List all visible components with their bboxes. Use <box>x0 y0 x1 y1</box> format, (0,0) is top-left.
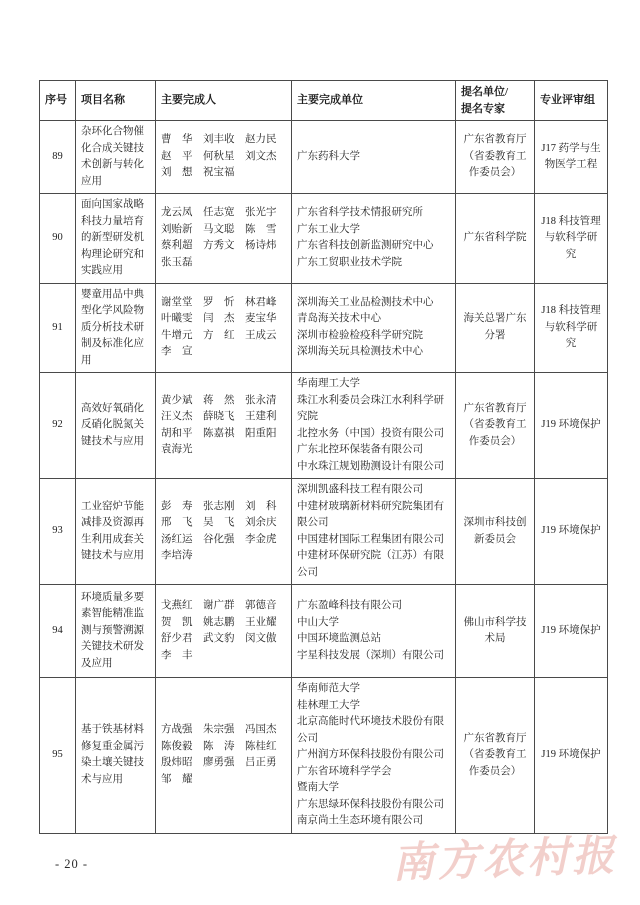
table-row: 89 杂环化合物催化合成关键技术创新与转化应用 曹 华 刘丰收 赵力民 赵 平 … <box>40 121 608 194</box>
cell-main-units: 广东省科学技术情报研究所 广东工业大学 广东省科技创新监测研究中心 广东工贸职业… <box>292 194 456 284</box>
cell-index: 92 <box>40 373 76 479</box>
awards-table: 序号 项目名称 主要完成人 主要完成单位 提名单位/ 提名专家 专业评审组 89… <box>39 80 608 834</box>
table-row: 95 基于铁基材料修复重金属污染土壤关键技术与应用 方战强 朱宗强 冯国杰 陈俊… <box>40 678 608 834</box>
cell-index: 89 <box>40 121 76 194</box>
cell-main-units: 深圳凯盛科技工程有限公司 中建材玻璃新材料研究院集团有限公司 中国建材国际工程集… <box>292 479 456 585</box>
col-header-index: 序号 <box>40 81 76 121</box>
table-row: 90 面向国家战略科技力量培育的新型研发机构理论研究和实践应用 龙云凤 任志宽 … <box>40 194 608 284</box>
cell-main-units: 广东药科大学 <box>292 121 456 194</box>
col-header-people: 主要完成人 <box>156 81 292 121</box>
cell-index: 90 <box>40 194 76 284</box>
cell-main-completers: 彭 寿 张志刚 刘 科 邢 飞 吴 飞 刘余庆 汤红运 谷化强 李金虎 李培涛 <box>156 479 292 585</box>
cell-nominator: 深圳市科技创新委员会 <box>456 479 535 585</box>
cell-project-name: 杂环化合物催化合成关键技术创新与转化应用 <box>76 121 156 194</box>
cell-review-group: J18 科技管理与软科学研究 <box>535 194 608 284</box>
cell-index: 95 <box>40 678 76 834</box>
cell-review-group: J19 环境保护 <box>535 479 608 585</box>
cell-main-units: 广东盈峰科技有限公司 中山大学 中国环境监测总站 宇星科技发展（深圳）有限公司 <box>292 585 456 678</box>
cell-main-completers: 龙云凤 任志宽 张光宇 刘贻新 马文聪 陈 雪 蔡利超 方秀文 杨诗炜 张玉磊 <box>156 194 292 284</box>
cell-nominator: 佛山市科学技术局 <box>456 585 535 678</box>
col-header-project: 项目名称 <box>76 81 156 121</box>
cell-project-name: 工业窑炉节能减排及资源再生利用成套关键技术与应用 <box>76 479 156 585</box>
cell-main-completers: 曹 华 刘丰收 赵力民 赵 平 何秋星 刘文杰 刘 想 祝宝福 <box>156 121 292 194</box>
col-header-nominator: 提名单位/ 提名专家 <box>456 81 535 121</box>
table-row: 93 工业窑炉节能减排及资源再生利用成套关键技术与应用 彭 寿 张志刚 刘 科 … <box>40 479 608 585</box>
cell-project-name: 基于铁基材料修复重金属污染土壤关键技术与应用 <box>76 678 156 834</box>
cell-nominator: 广东省教育厅（省委教育工作委员会） <box>456 678 535 834</box>
cell-project-name: 面向国家战略科技力量培育的新型研发机构理论研究和实践应用 <box>76 194 156 284</box>
cell-index: 94 <box>40 585 76 678</box>
cell-project-name: 婴童用品中典型化学风险物质分析技术研制及标准化应用 <box>76 283 156 373</box>
cell-main-completers: 黄少斌 蒋 然 张永清 汪义杰 薛晓飞 王建利 胡和平 陈嘉祺 阳重阳 袁海光 <box>156 373 292 479</box>
cell-main-completers: 谢堂堂 罗 忻 林君峰 叶曦雯 闫 杰 麦宝华 牛增元 方 红 王成云 李 宣 <box>156 283 292 373</box>
table-row: 94 环境质量多要素智能精准监测与预警溯源关键技术研发及应用 戈燕红 谢广群 郭… <box>40 585 608 678</box>
cell-nominator: 广东省科学院 <box>456 194 535 284</box>
cell-nominator: 海关总署广东分署 <box>456 283 535 373</box>
cell-review-group: J19 环境保护 <box>535 585 608 678</box>
cell-nominator: 广东省教育厅（省委教育工作委员会） <box>456 121 535 194</box>
cell-project-name: 高效好氧硝化反硝化脱氮关键技术与应用 <box>76 373 156 479</box>
table-body: 89 杂环化合物催化合成关键技术创新与转化应用 曹 华 刘丰收 赵力民 赵 平 … <box>40 121 608 834</box>
cell-review-group: J18 科技管理与软科学研究 <box>535 283 608 373</box>
cell-review-group: J19 环境保护 <box>535 678 608 834</box>
cell-review-group: J17 药学与生物医学工程 <box>535 121 608 194</box>
table-row: 92 高效好氧硝化反硝化脱氮关键技术与应用 黄少斌 蒋 然 张永清 汪义杰 薛晓… <box>40 373 608 479</box>
cell-index: 93 <box>40 479 76 585</box>
cell-main-completers: 方战强 朱宗强 冯国杰 陈俊毅 陈 涛 陈桂红 殷炜昭 廖勇强 吕正勇 邹 耀 <box>156 678 292 834</box>
cell-nominator: 广东省教育厅（省委教育工作委员会） <box>456 373 535 479</box>
cell-review-group: J19 环境保护 <box>535 373 608 479</box>
table-header-row: 序号 项目名称 主要完成人 主要完成单位 提名单位/ 提名专家 专业评审组 <box>40 81 608 121</box>
cell-main-units: 深圳海关工业品检测技术中心 青岛海关技术中心 深圳市检验检疫科学研究院 深圳海关… <box>292 283 456 373</box>
page-number: - 20 - <box>55 857 88 872</box>
col-header-group: 专业评审组 <box>535 81 608 121</box>
col-header-units: 主要完成单位 <box>292 81 456 121</box>
cell-main-completers: 戈燕红 谢广群 郭德音 贺 凯 姚志鹏 王业耀 舒少君 武文豹 闵文傲 李 丰 <box>156 585 292 678</box>
table-row: 91 婴童用品中典型化学风险物质分析技术研制及标准化应用 谢堂堂 罗 忻 林君峰… <box>40 283 608 373</box>
cell-main-units: 华南理工大学 珠江水利委员会珠江水利科学研究院 北控水务（中国）投资有限公司 广… <box>292 373 456 479</box>
cell-index: 91 <box>40 283 76 373</box>
cell-main-units: 华南师范大学 桂林理工大学 北京高能时代环境技术股份有限公司 广州润方环保科技股… <box>292 678 456 834</box>
cell-project-name: 环境质量多要素智能精准监测与预警溯源关键技术研发及应用 <box>76 585 156 678</box>
table-header: 序号 项目名称 主要完成人 主要完成单位 提名单位/ 提名专家 专业评审组 <box>40 81 608 121</box>
document-page: 序号 项目名称 主要完成人 主要完成单位 提名单位/ 提名专家 专业评审组 89… <box>0 0 640 905</box>
